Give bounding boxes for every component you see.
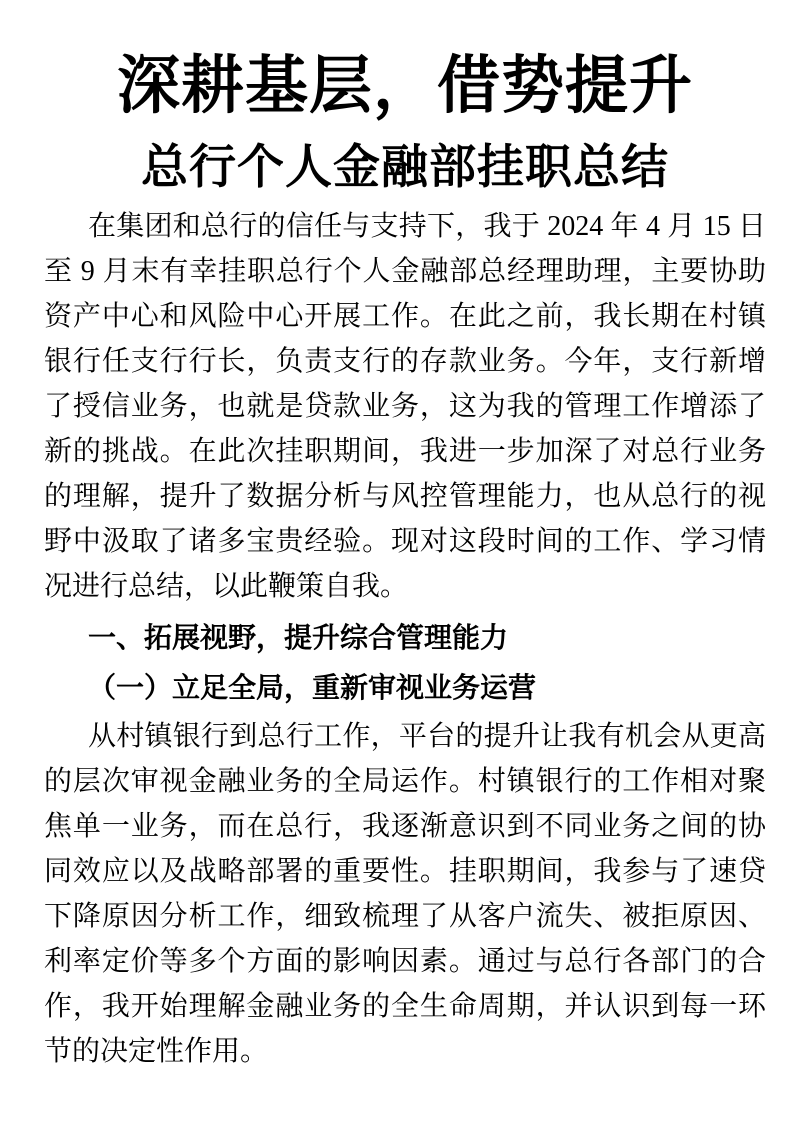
paragraph-section-1-1: 从村镇银行到总行工作，平台的提升让我有机会从更高的层次审视金融业务的全局运作。村… <box>44 714 766 1074</box>
paragraph-intro: 在集团和总行的信任与支持下，我于 2024 年 4 月 15 日至 9 月末有幸… <box>44 204 766 609</box>
section-heading-level1: 一、拓展视野，提升综合管理能力 <box>44 615 766 660</box>
section-heading-level2: （一）立足全局，重新审视业务运营 <box>44 665 766 710</box>
document-subtitle: 总行个人金融部挂职总结 <box>44 132 766 204</box>
document-page: 深耕基层，借势提升 总行个人金融部挂职总结 在集团和总行的信任与支持下，我于 2… <box>0 0 793 1122</box>
document-title: 深耕基层，借势提升 <box>44 40 766 132</box>
